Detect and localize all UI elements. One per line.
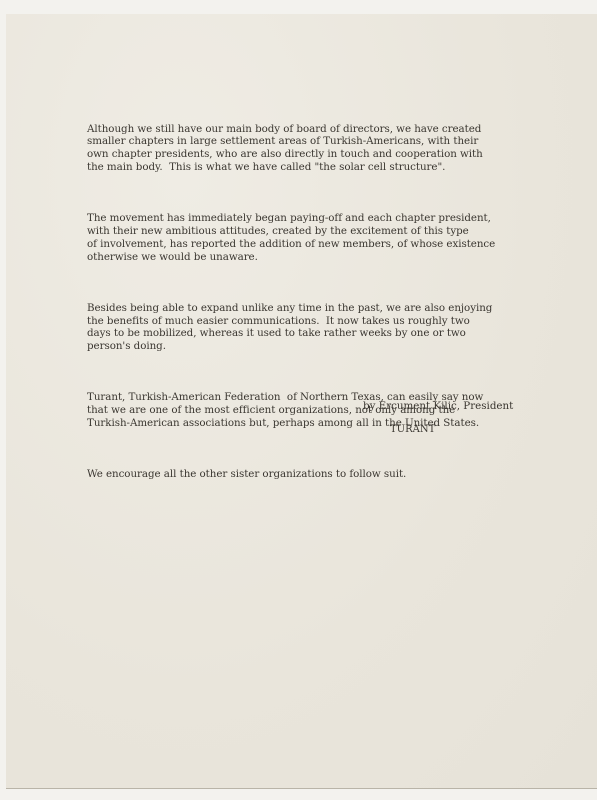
organization-name: TURANT bbox=[390, 424, 435, 435]
signature-line: by Ercument Kilic, President bbox=[363, 400, 513, 412]
letter-body: Although we still have our main body of … bbox=[87, 97, 547, 507]
paragraph: We encourage all the other sister organi… bbox=[87, 468, 547, 481]
paragraph: Although we still have our main body of … bbox=[87, 123, 547, 174]
paragraph: Besides being able to expand unlike any … bbox=[87, 302, 547, 353]
paragraph: The movement has immediately began payin… bbox=[87, 212, 547, 263]
